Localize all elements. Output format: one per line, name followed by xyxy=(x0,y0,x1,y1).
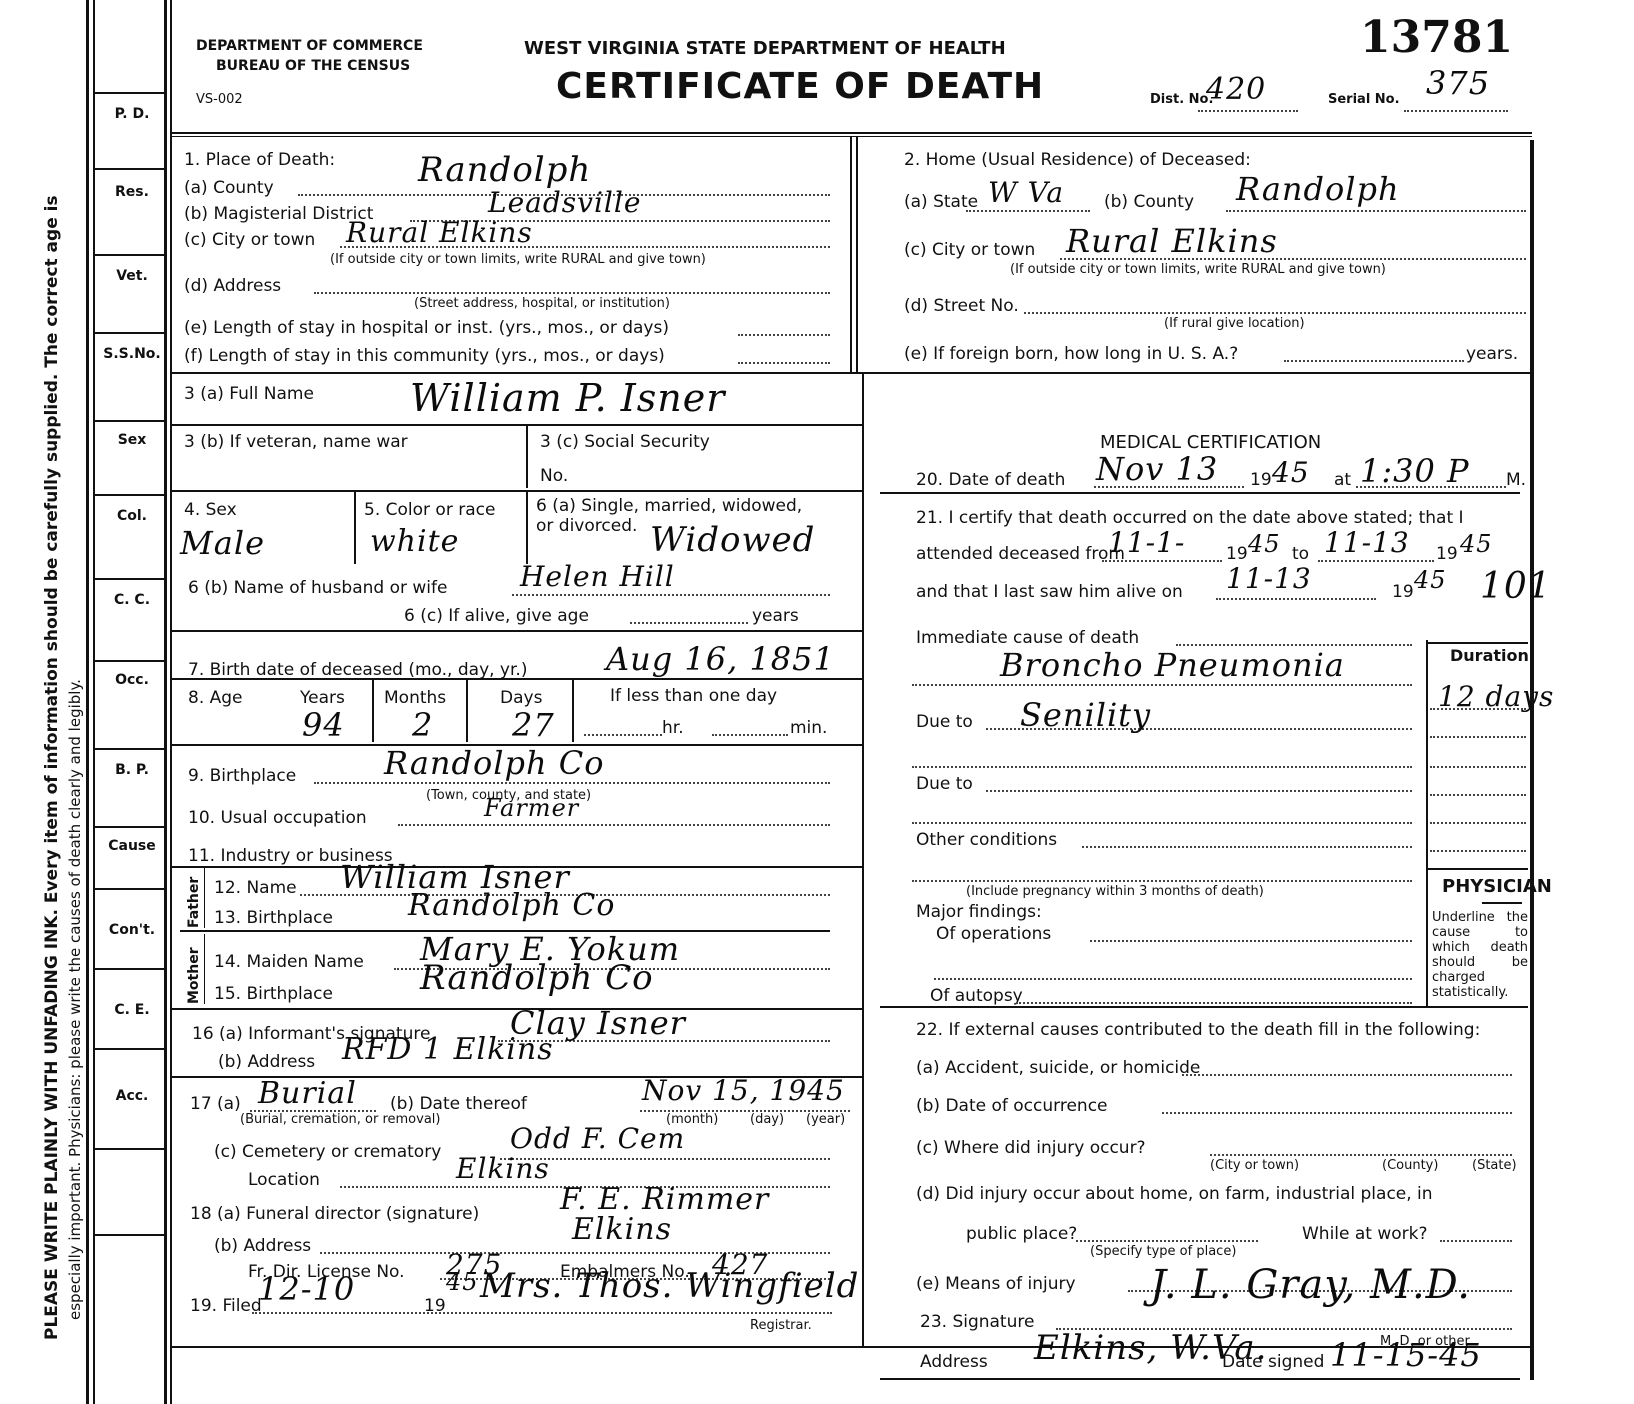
cemetery-value[interactable]: Odd F. Cem xyxy=(510,1122,685,1155)
sex-label: 4. Sex xyxy=(184,500,237,520)
margin-code-ssno: S.S.No. xyxy=(100,346,164,362)
attended-to-value[interactable]: 11-13 xyxy=(1324,526,1410,559)
at-label: at xyxy=(1334,470,1351,490)
death-city-value[interactable]: Rural Elkins xyxy=(346,216,533,249)
margin-code-cc: C. C. xyxy=(100,592,164,608)
race-value[interactable]: white xyxy=(370,524,459,559)
dist-value: 420 xyxy=(1206,72,1266,107)
filed-value[interactable]: 12-10 xyxy=(258,1270,355,1308)
margin-code-acc: Acc. xyxy=(100,1088,164,1104)
death-city-label: (c) City or town xyxy=(184,230,315,250)
date-signed-label: Date signed xyxy=(1222,1352,1324,1372)
duration-column-divider xyxy=(1426,640,1428,890)
months-label: Months xyxy=(384,688,446,708)
marital-label: 6 (a) Single, married, widowed, xyxy=(536,496,802,516)
state-department: WEST VIRGINIA STATE DEPARTMENT OF HEALTH xyxy=(524,38,1006,59)
sex-value[interactable]: Male xyxy=(180,524,265,562)
last-seen-year[interactable]: 45 xyxy=(1414,566,1447,594)
due-to-label-2: Due to xyxy=(916,774,973,794)
where-note-county: (County) xyxy=(1382,1158,1438,1173)
informant-address-label: (b) Address xyxy=(218,1052,315,1072)
age-days-value[interactable]: 27 xyxy=(512,706,555,744)
specify-place-note: (Specify type of place) xyxy=(1090,1244,1236,1259)
where-note-city: (City or town) xyxy=(1210,1158,1299,1173)
home-county-value[interactable]: Randolph xyxy=(1236,170,1400,208)
registrar-signature[interactable]: Mrs. Thos. Wingfield xyxy=(480,1266,859,1306)
ssn-label: 3 (c) Social Security xyxy=(540,432,710,452)
margin-column-border xyxy=(164,0,167,1404)
place-of-death-heading: 1. Place of Death: xyxy=(184,150,335,170)
county-label: (a) County xyxy=(184,178,274,198)
last-seen-year-prefix: 19 xyxy=(1392,582,1414,602)
veteran-label: 3 (b) If veteran, name war xyxy=(184,432,408,452)
serial-label: Serial No. xyxy=(1328,92,1400,107)
fd-address-label: (b) Address xyxy=(214,1236,311,1256)
death-address-label: (d) Address xyxy=(184,276,281,296)
signature-label: 23. Signature xyxy=(920,1312,1034,1332)
age-years-value[interactable]: 94 xyxy=(302,706,345,744)
physician-note: Underline the cause to which death shoul… xyxy=(1432,910,1528,1000)
full-name-value[interactable]: William P. Isner xyxy=(410,376,725,420)
filed-year-value[interactable]: 45 xyxy=(446,1268,479,1296)
duration-label: Duration xyxy=(1450,646,1529,665)
place-type-label: (d) Did injury occur about home, on farm… xyxy=(916,1184,1433,1204)
margin-code-res: Res. xyxy=(100,184,164,200)
spouse-label: 6 (b) Name of husband or wife xyxy=(188,578,447,598)
disposition-value[interactable]: Burial xyxy=(258,1076,357,1111)
county-value[interactable]: Randolph xyxy=(418,150,591,190)
side-instruction-line2: especially important. Physicians: please… xyxy=(66,679,84,1320)
death-time-value[interactable]: 1:30 P xyxy=(1360,452,1470,490)
external-heading: 22. If external causes contributed to th… xyxy=(916,1020,1480,1040)
dept-commerce: DEPARTMENT OF COMMERCE xyxy=(196,38,423,54)
margin-code-col: Col. xyxy=(100,508,164,524)
attended-to-year[interactable]: 45 xyxy=(1460,530,1493,558)
public-place-label: public place? xyxy=(966,1224,1077,1244)
district-label: (b) Magisterial District xyxy=(184,204,373,224)
home-street-label: (d) Street No. xyxy=(904,296,1019,316)
margin-code-cause: Cause xyxy=(100,838,164,854)
margin-code-sex: Sex xyxy=(100,432,164,448)
death-year-value[interactable]: 45 xyxy=(1272,456,1310,489)
informant-address-value[interactable]: RFD 1 Elkins xyxy=(342,1032,554,1067)
immediate-cause-value[interactable]: Broncho Pneumonia xyxy=(1000,646,1345,684)
attended-from-value[interactable]: 11-1- xyxy=(1108,526,1185,559)
physician-address-label: Address xyxy=(920,1352,988,1372)
other-conditions-label: Other conditions xyxy=(916,830,1057,850)
death-date-label: 20. Date of death xyxy=(916,470,1065,490)
due-to-value-1[interactable]: Senility xyxy=(1020,696,1151,734)
to-label: to xyxy=(1292,544,1309,564)
left-border-inner xyxy=(93,0,95,1404)
home-city-label: (c) City or town xyxy=(904,240,1035,260)
mother-maiden-label: 14. Maiden Name xyxy=(214,952,364,972)
age-label: 8. Age xyxy=(188,688,243,708)
left-border xyxy=(86,0,89,1404)
date-note-year: (year) xyxy=(806,1112,845,1127)
foreign-born-label: (e) If foreign born, how long in U. S. A… xyxy=(904,344,1238,364)
disposition-label: 17 (a) xyxy=(190,1094,241,1114)
birthplace-label: 9. Birthplace xyxy=(188,766,296,786)
margin-code-bp: B. P. xyxy=(100,762,164,778)
marital-value[interactable]: Widowed xyxy=(650,520,815,560)
father-tag: Father xyxy=(186,877,202,928)
where-note-state: (State) xyxy=(1472,1158,1517,1173)
serial-value: 375 xyxy=(1426,64,1490,102)
autopsy-label: Of autopsy xyxy=(930,986,1023,1006)
ssn-label-no: No. xyxy=(540,466,568,486)
last-seen-value[interactable]: 11-13 xyxy=(1226,562,1312,595)
death-address-note: (Street address, hospital, or institutio… xyxy=(414,296,670,311)
cemetery-label: (c) Cemetery or crematory xyxy=(214,1142,441,1162)
dist-label: Dist. No. xyxy=(1150,92,1213,107)
foreign-born-suffix: years. xyxy=(1466,344,1518,364)
mother-birthplace-value[interactable]: Randolph Co xyxy=(420,958,654,998)
date-note-day: (day) xyxy=(750,1112,784,1127)
attended-to-year-prefix: 19 xyxy=(1436,544,1458,564)
pregnancy-note: (Include pregnancy within 3 months of de… xyxy=(966,884,1264,899)
stay-community-label: (f) Length of stay in this community (yr… xyxy=(184,346,665,366)
funeral-director-label: 18 (a) Funeral director (signature) xyxy=(190,1204,479,1224)
registrar-label: Registrar. xyxy=(750,1318,812,1333)
birthplace-value[interactable]: Randolph Co xyxy=(384,744,605,782)
occupation-value[interactable]: Farmer xyxy=(484,794,579,822)
home-state-value[interactable]: W Va xyxy=(988,176,1064,209)
father-birthplace-label: 13. Birthplace xyxy=(214,908,333,928)
birth-date-value[interactable]: Aug 16, 1851 xyxy=(606,640,835,678)
immediate-cause-label: Immediate cause of death xyxy=(916,628,1139,648)
father-name-label: 12. Name xyxy=(214,878,297,898)
margin-column-border-inner xyxy=(170,0,172,1404)
district-value[interactable]: Leadsville xyxy=(488,186,641,219)
physician-heading: PHYSICIAN xyxy=(1442,876,1552,897)
spouse-age-suffix: years xyxy=(752,606,799,626)
death-year-prefix: 19 xyxy=(1250,470,1272,490)
physician-signature[interactable]: J. L. Gray, M.D. xyxy=(1150,1262,1471,1308)
fd-address-value[interactable]: Elkins xyxy=(572,1212,672,1247)
min-label: min. xyxy=(790,718,827,738)
where-injury-label: (c) Where did injury occur? xyxy=(916,1138,1146,1158)
disposition-note: (Burial, cremation, or removal) xyxy=(240,1112,440,1127)
last-seen-label: and that I last saw him alive on xyxy=(916,582,1183,602)
mother-birthplace-label: 15. Birthplace xyxy=(214,984,333,1004)
hr-label: hr. xyxy=(662,718,684,738)
side-instruction-line1: PLEASE WRITE PLAINLY WITH UNFADING INK. … xyxy=(42,80,62,1340)
location-label: Location xyxy=(248,1170,320,1190)
attended-from-year[interactable]: 45 xyxy=(1248,530,1281,558)
occurrence-label: (b) Date of occurrence xyxy=(916,1096,1108,1116)
years-label: Years xyxy=(300,688,345,708)
birth-date-label: 7. Birth date of deceased (mo., day, yr.… xyxy=(188,660,527,680)
certificate-title: CERTIFICATE OF DEATH xyxy=(556,66,1044,107)
occupation-label: 10. Usual occupation xyxy=(188,808,367,828)
home-state-label: (a) State xyxy=(904,192,978,212)
attended-label: attended deceased from xyxy=(916,544,1125,564)
attended-from-year-prefix: 19 xyxy=(1226,544,1248,564)
due-to-label-1: Due to xyxy=(916,712,973,732)
stamp-number: 13781 xyxy=(1360,12,1513,63)
spouse-age-label: 6 (c) If alive, give age xyxy=(404,606,589,626)
major-findings-label: Major findings: xyxy=(916,902,1042,922)
bureau-census: BUREAU OF THE CENSUS xyxy=(216,58,410,74)
home-city-note: (If outside city or town limits, write R… xyxy=(1010,262,1386,277)
column-divider xyxy=(850,136,852,372)
mother-tag: Mother xyxy=(186,947,202,1004)
form-number: VS-002 xyxy=(196,92,243,107)
margin-code-pd: P. D. xyxy=(100,106,164,122)
death-date-value[interactable]: Nov 13 xyxy=(1096,450,1218,488)
father-birthplace-value[interactable]: Randolph Co xyxy=(408,888,615,923)
filed-label: 19. Filed xyxy=(190,1296,262,1316)
spouse-value[interactable]: Helen Hill xyxy=(520,560,675,593)
burial-date-value[interactable]: Nov 15, 1945 xyxy=(642,1074,845,1107)
at-work-label: While at work? xyxy=(1302,1224,1428,1244)
margin-code-cont: Con't. xyxy=(100,922,164,938)
home-street-note: (If rural give location) xyxy=(1164,316,1305,331)
date-signed-value[interactable]: 11-15-45 xyxy=(1330,1336,1482,1374)
home-county-label: (b) County xyxy=(1104,192,1194,212)
race-label: 5. Color or race xyxy=(364,500,495,520)
accident-label: (a) Accident, suicide, or homicide xyxy=(916,1058,1200,1078)
location-value[interactable]: Elkins xyxy=(456,1152,550,1185)
operations-label: Of operations xyxy=(936,924,1051,944)
margin-mark: 101 xyxy=(1480,566,1552,607)
certify-line: 21. I certify that death occurred on the… xyxy=(916,508,1464,528)
burial-date-label: (b) Date thereof xyxy=(390,1094,527,1114)
margin-code-vet: Vet. xyxy=(100,268,164,284)
margin-code-occ: Occ. xyxy=(100,672,164,688)
means-injury-label: (e) Means of injury xyxy=(916,1274,1076,1294)
full-name-label: 3 (a) Full Name xyxy=(184,384,314,404)
home-heading: 2. Home (Usual Residence) of Deceased: xyxy=(904,150,1251,170)
header-rule xyxy=(172,132,1532,134)
margin-code-ce: C. E. xyxy=(100,1002,164,1018)
home-city-value[interactable]: Rural Elkins xyxy=(1066,222,1278,260)
age-months-value[interactable]: 2 xyxy=(412,706,433,744)
death-city-note: (If outside city or town limits, write R… xyxy=(330,252,706,267)
am-pm-suffix: M. xyxy=(1506,470,1526,490)
marital-label-2: or divorced. xyxy=(536,516,637,536)
right-border xyxy=(1530,140,1534,1380)
stay-hospital-label: (e) Length of stay in hospital or inst. … xyxy=(184,318,669,338)
days-label: Days xyxy=(500,688,542,708)
less-than-day-label: If less than one day xyxy=(610,686,777,706)
